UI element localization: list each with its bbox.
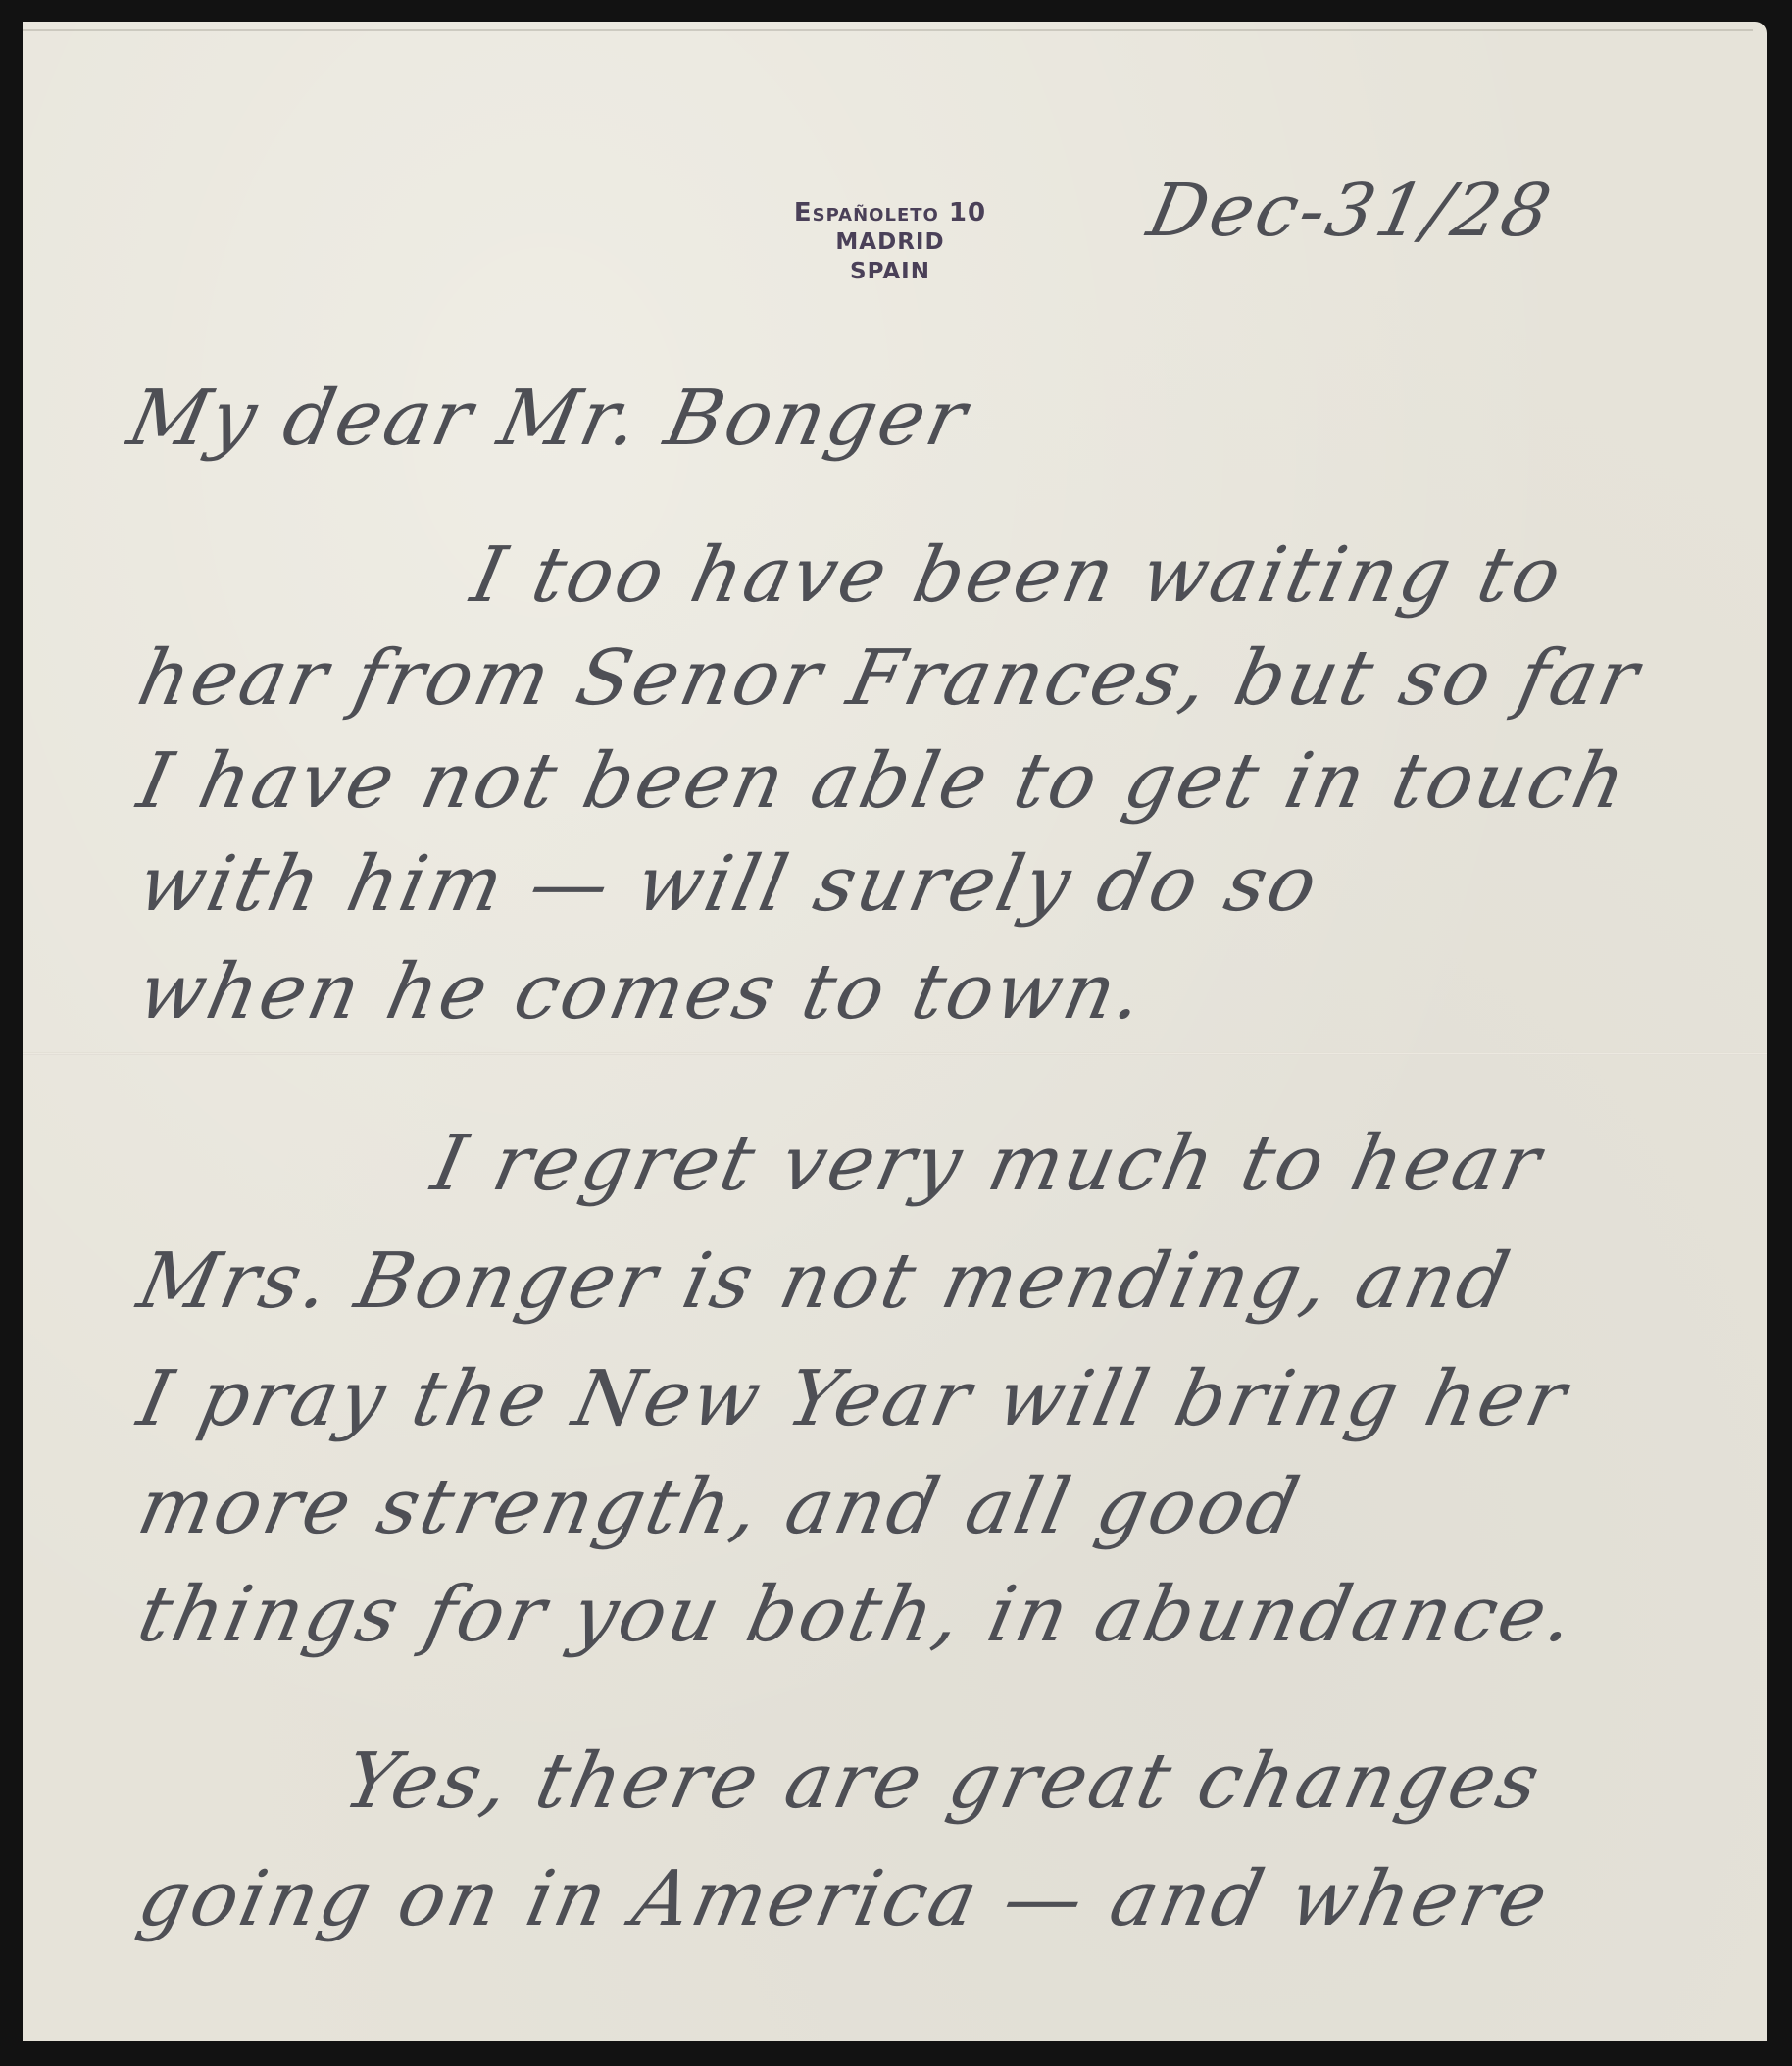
letterhead-city: MADRID [709,227,1071,257]
body-line: I pray the New Year will bring her [130,1355,1575,1443]
body-line: I have not been able to get in touch [130,737,1635,826]
body-line: things for you both, in abundance. [130,1571,1584,1659]
letterhead: Españoleto 10 MADRID SPAIN [709,198,1071,286]
body-line: Yes, there are great changes [336,1738,1549,1826]
handwritten-date: Dec-31/28 [1141,169,1561,253]
body-line: when he comes to town. [130,948,1153,1036]
body-line: hear from Senor Frances, but so far [130,634,1648,723]
body-line: Mrs. Bonger is not mending, and [130,1237,1518,1326]
letterhead-country: SPAIN [709,257,1071,286]
body-line: more strength, and all good [130,1463,1309,1551]
body-line: with him — will surely do so [130,840,1327,929]
letterhead-street: Españoleto 10 [709,198,1071,227]
greeting: My dear Mr. Bonger [121,375,976,463]
body-line: I regret very much to hear [424,1120,1550,1208]
page-top-edge [23,29,1753,31]
body-line: I too have been waiting to [464,531,1571,620]
letter-page: Españoleto 10 MADRID SPAIN Dec-31/28 My … [23,22,1767,2041]
body-line: going on in America — and where [130,1855,1557,1943]
fold-crease [23,1052,1767,1055]
